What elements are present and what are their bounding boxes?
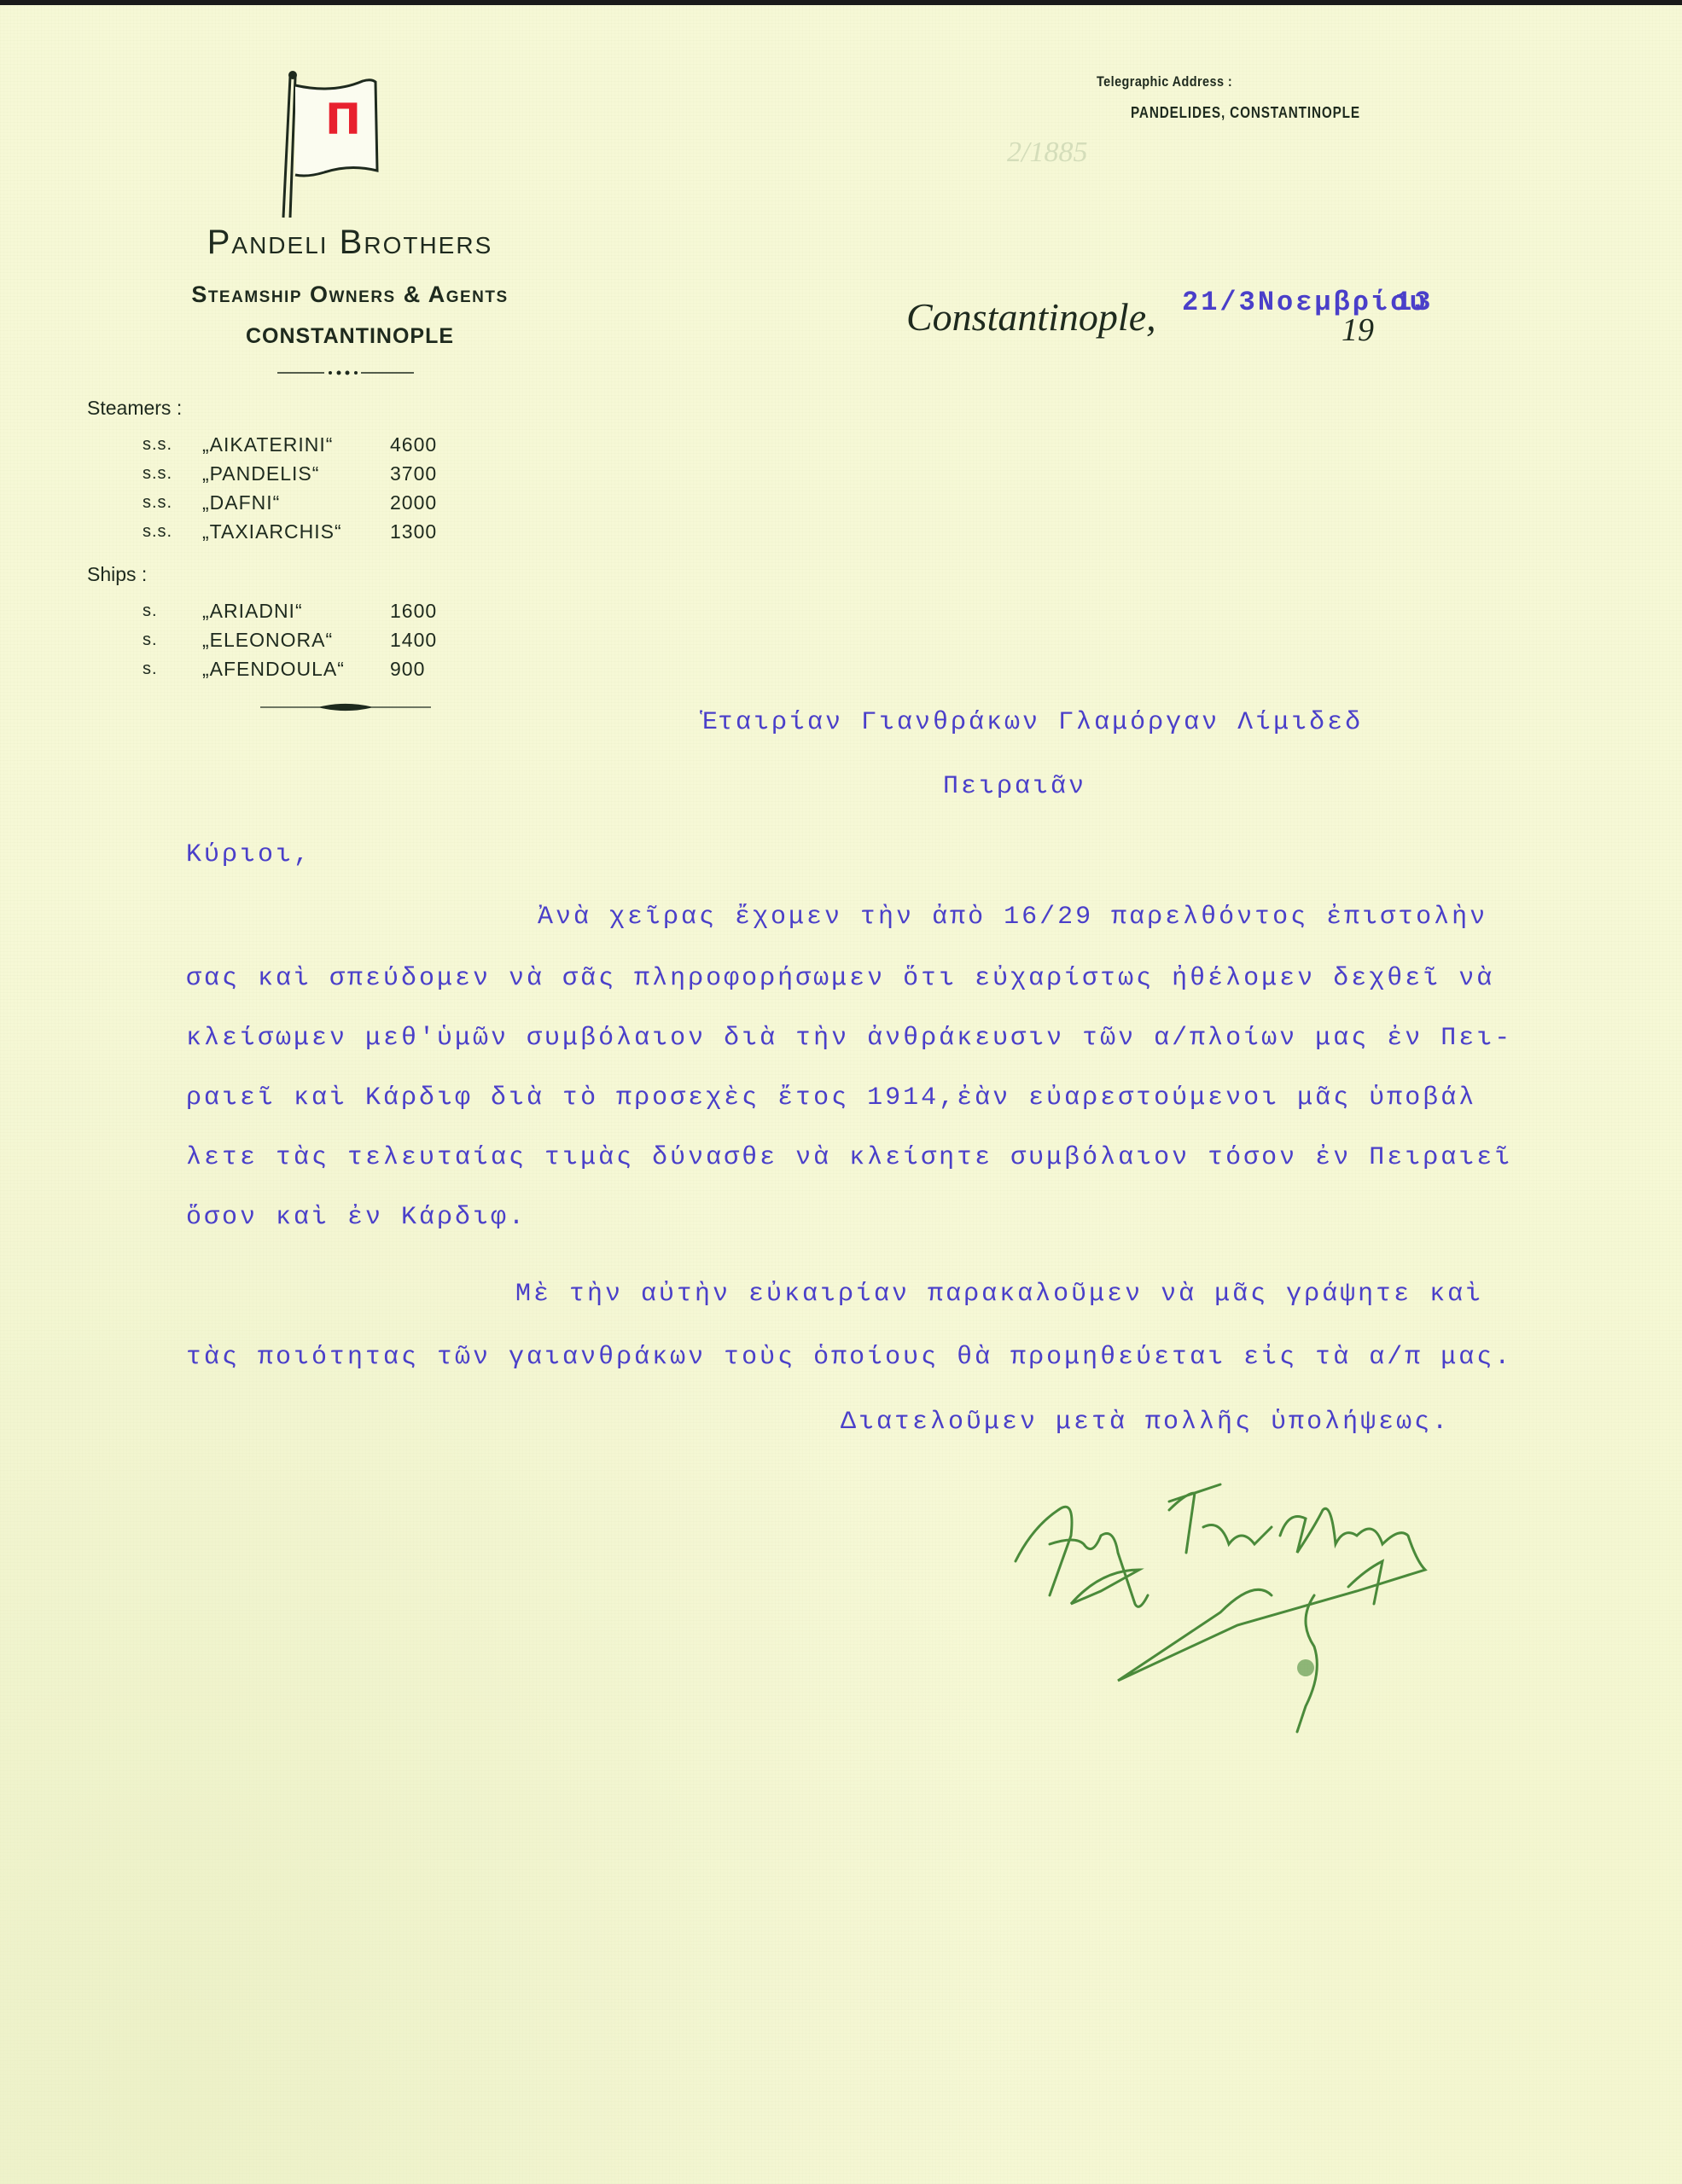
signature-scribble-icon: [998, 1476, 1613, 1757]
fleet-list: Steamers : s.s.„AIKATERINI“4600 s.s.„PAN…: [87, 397, 458, 683]
vessel-tonnage: 4600: [390, 433, 458, 456]
telegraphic-address: PANDELIDES, CONSTANTINOPLE: [1131, 104, 1360, 122]
recipient-city: Πειραιᾶν: [943, 772, 1086, 801]
vessel-name: „DAFNI“: [202, 491, 390, 514]
fleet-row: s.„ELEONORA“1400: [143, 625, 458, 654]
vessel-prefix: s.s.: [143, 522, 202, 542]
company-city: CONSTANTINOPLE: [128, 324, 572, 349]
closing-line: Διατελοῦμεν μετὰ πολλῆς ὑπολήψεως.: [841, 1408, 1450, 1437]
vessel-tonnage: 1300: [390, 520, 458, 543]
vessel-prefix: s.s.: [143, 464, 202, 484]
fleet-row: s.„ARIADNI“1600: [143, 596, 458, 625]
scan-border: [0, 0, 1682, 5]
body-line: κλείσωμεν μεθ'ὑμῶν συμβόλαιον διὰ τὴν ἀν…: [186, 1024, 1512, 1053]
steamers-list: s.s.„AIKATERINI“4600 s.s.„PANDELIS“3700 …: [143, 430, 458, 546]
dateline-place: Constantinople,: [906, 294, 1156, 340]
company-name: Pandeli Brothers: [128, 224, 572, 262]
company-tagline: Steamship Owners & Agents: [102, 282, 597, 308]
vessel-prefix: s.s.: [143, 435, 202, 455]
ships-list: s.„ARIADNI“1600 s.„ELEONORA“1400 s.„AFEN…: [143, 596, 458, 683]
body-line: λετε τὰς τελευταίας τιμὰς δύνασθε νὰ κλε…: [186, 1143, 1512, 1172]
vessel-name: „AIKATERINI“: [202, 433, 390, 456]
fleet-row: s.s.„PANDELIS“3700: [143, 459, 458, 488]
fleet-row: s.s.„AIKATERINI“4600: [143, 430, 458, 459]
fleet-row: s.s.„DAFNI“2000: [143, 488, 458, 517]
fleet-row: s.„AFENDOULA“900: [143, 654, 458, 683]
vessel-tonnage: 1400: [390, 629, 458, 652]
ships-label: Ships :: [87, 563, 458, 586]
ornament-divider-icon: [277, 369, 414, 377]
vessel-prefix: s.: [143, 659, 202, 679]
ornament-swell-divider-icon: [260, 701, 431, 713]
vessel-name: „TAXIARCHIS“: [202, 520, 390, 543]
vessel-name: „ELEONORA“: [202, 629, 390, 652]
vessel-tonnage: 3700: [390, 462, 458, 485]
salutation: Κύριοι,: [186, 840, 311, 869]
flag-logo-icon: Π: [282, 68, 418, 222]
pencil-annotation: 2/1885: [1007, 136, 1087, 169]
vessel-name: „ARIADNI“: [202, 600, 390, 623]
signature: Αδελ. Πανδελή: [998, 1476, 1613, 1757]
flag-letter: Π: [317, 98, 369, 141]
body-line: Μὲ τὴν αὐτὴν εὐκαιρίαν παρακαλοῦμεν νὰ μ…: [515, 1280, 1483, 1309]
vessel-tonnage: 1600: [390, 600, 458, 623]
vessel-prefix: s.: [143, 630, 202, 650]
body-line: Ἀνὰ χεῖρας ἔχομεν τὴν ἀπὸ 16/29 παρελθόν…: [538, 903, 1487, 932]
body-line: τὰς ποιότητας τῶν γαιανθράκων τοὺς ὁποίο…: [186, 1343, 1512, 1372]
vessel-tonnage: 900: [390, 658, 458, 681]
dateline-century: 19: [1342, 311, 1374, 349]
dateline-year: 13: [1395, 287, 1433, 318]
steamers-label: Steamers :: [87, 397, 458, 420]
vessel-prefix: s.s.: [143, 493, 202, 513]
fleet-row: s.s.„TAXIARCHIS“1300: [143, 517, 458, 546]
vessel-prefix: s.: [143, 601, 202, 621]
body-line: ὅσον καὶ ἐν Κάρδιφ.: [186, 1203, 527, 1232]
body-line: σας καὶ σπεύδομεν νὰ σᾶς πληροφορήσωμεν …: [186, 964, 1494, 993]
vessel-tonnage: 2000: [390, 491, 458, 514]
vessel-name: „AFENDOULA“: [202, 658, 390, 681]
dateline-date: 21/3Νοεμβρίου: [1182, 287, 1429, 318]
recipient-name: Ἑταιρίαν Γιανθράκων Γλαμόργαν Λίμιδεδ: [700, 708, 1363, 737]
body-line: ραιεῖ καὶ Κάρδιφ διὰ τὸ προσεχὲς ἔτος 19…: [186, 1083, 1476, 1112]
vessel-name: „PANDELIS“: [202, 462, 390, 485]
telegraphic-label: Telegraphic Address :: [1097, 73, 1232, 90]
